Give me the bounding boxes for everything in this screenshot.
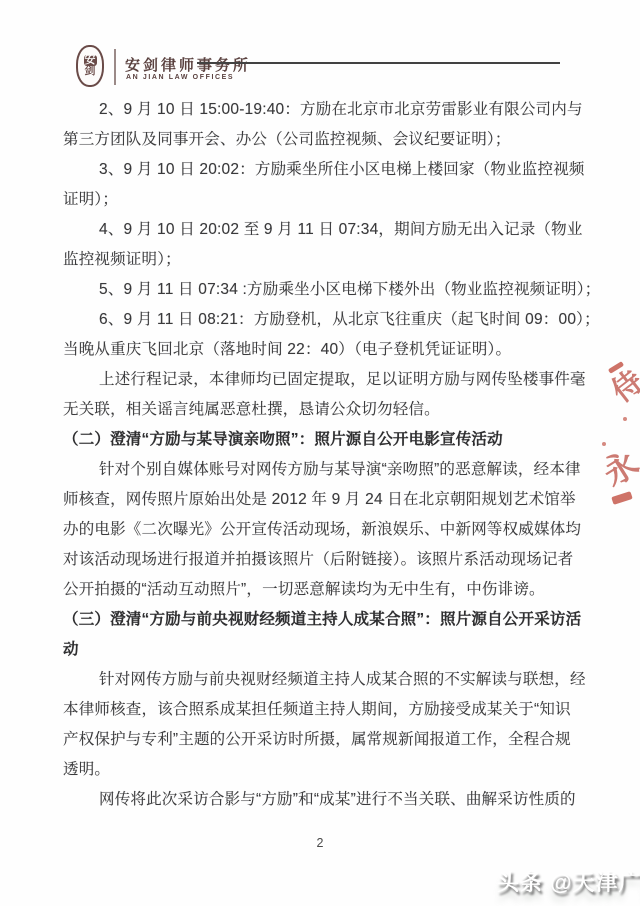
firm-seal-icon: 安 剑: [76, 45, 104, 87]
document-line: 3、9 月 10 日 20:02：方励乘坐所住小区电梯上楼回家（物业监控视频: [63, 155, 579, 185]
document-line: 监控视频证明）；: [63, 245, 579, 275]
stamp-char-top: 侍: [607, 366, 640, 408]
stamp-stroke: [611, 491, 632, 505]
stamp-dot: [602, 442, 606, 446]
document-page: 安 剑 安剑律师事务所 AN JIAN LAW OFFICES 2、9 月 10…: [0, 0, 640, 906]
stamp-stroke: [608, 361, 624, 374]
document-line: 6、9 月 11 日 08:21：方励登机，从北京飞往重庆（起飞时间 09：00…: [63, 305, 579, 335]
document-line: 证明）；: [63, 185, 579, 215]
document-line: 针对网传方励与前央视财经频道主持人成某合照的不实解读与联想，经: [63, 665, 579, 695]
letterhead-rule: [197, 62, 560, 64]
letterhead-divider: [114, 49, 116, 85]
firm-name-cn: 安剑律师事务所: [125, 54, 251, 75]
document-line: 无关联，相关谣言纯属恶意杜撰，恳请公众切勿轻信。: [63, 395, 579, 425]
document-line: 公开拍摄的“活动互动照片”，一切恶意解读均为无中生有，中伤诽谤。: [63, 575, 579, 605]
document-line: 产权保护与专利”主题的公开采访时所摄，属常规新闻报道工作，全程合规: [63, 725, 579, 755]
document-line: 5、9 月 11 日 07:34 :方励乘坐小区电梯下楼外出（物业监控视频证明）…: [63, 275, 579, 305]
document-line: 网传将此次采访合影与“方励”和“成某”进行不当关联、曲解采访性质的: [63, 785, 579, 815]
document-line: 针对个别自媒体账号对网传方励与某导演“亲吻照”的恶意解读，经本律: [63, 455, 579, 485]
document-line: 透明。: [63, 755, 579, 785]
document-line: 动: [63, 635, 579, 665]
firm-name-en: AN JIAN LAW OFFICES: [126, 74, 234, 81]
stamp-char-bottom: 永: [598, 446, 640, 493]
document-line: 第三方团队及同事开会、办公（公司监控视频、会议纪要证明）；: [63, 125, 579, 155]
document-line: 师核查，网传照片原始出处是 2012 年 9 月 24 日在北京朝阳规划艺术馆举: [63, 485, 579, 515]
document-body: 2、9 月 10 日 15:00-19:40：方励在北京市北京劳雷影业有限公司内…: [63, 95, 579, 815]
document-line: 办的电影《二次曝光》公开宣传活动现场，新浪娱乐、中新网等权威媒体均: [63, 515, 579, 545]
document-line: （三）澄清“方励与前央视财经频道主持人成某合照”：照片源自公开采访活: [63, 605, 579, 635]
letterhead: 安 剑 安剑律师事务所 AN JIAN LAW OFFICES: [0, 0, 640, 95]
seal-char-bottom: 剑: [85, 66, 96, 77]
document-line: 当晚从重庆飞回北京（落地时间 22：40）（电子登机凭证证明）。: [63, 335, 579, 365]
document-line: 本律师核查，该合照系成某担任频道主持人期间，方励接受成某关于“知识: [63, 695, 579, 725]
document-line: 4、9 月 10 日 20:02 至 9 月 11 日 07:34，期间方励无出…: [63, 215, 579, 245]
document-line: 对该活动现场进行报道并拍摄该照片（后附链接）。该照片系活动现场记者: [63, 545, 579, 575]
toutiao-watermark: 头条 @天津广播: [497, 866, 640, 897]
page-number: 2: [0, 836, 640, 850]
document-line: 上述行程记录，本律师均已固定提取，足以证明方励与网传坠楼事件毫: [63, 365, 579, 395]
document-line: （二）澄清“方励与某导演亲吻照”：照片源自公开电影宣传活动: [63, 425, 579, 455]
document-line: 2、9 月 10 日 15:00-19:40：方励在北京市北京劳雷影业有限公司内…: [63, 95, 579, 125]
stamp-dot: [623, 417, 627, 421]
